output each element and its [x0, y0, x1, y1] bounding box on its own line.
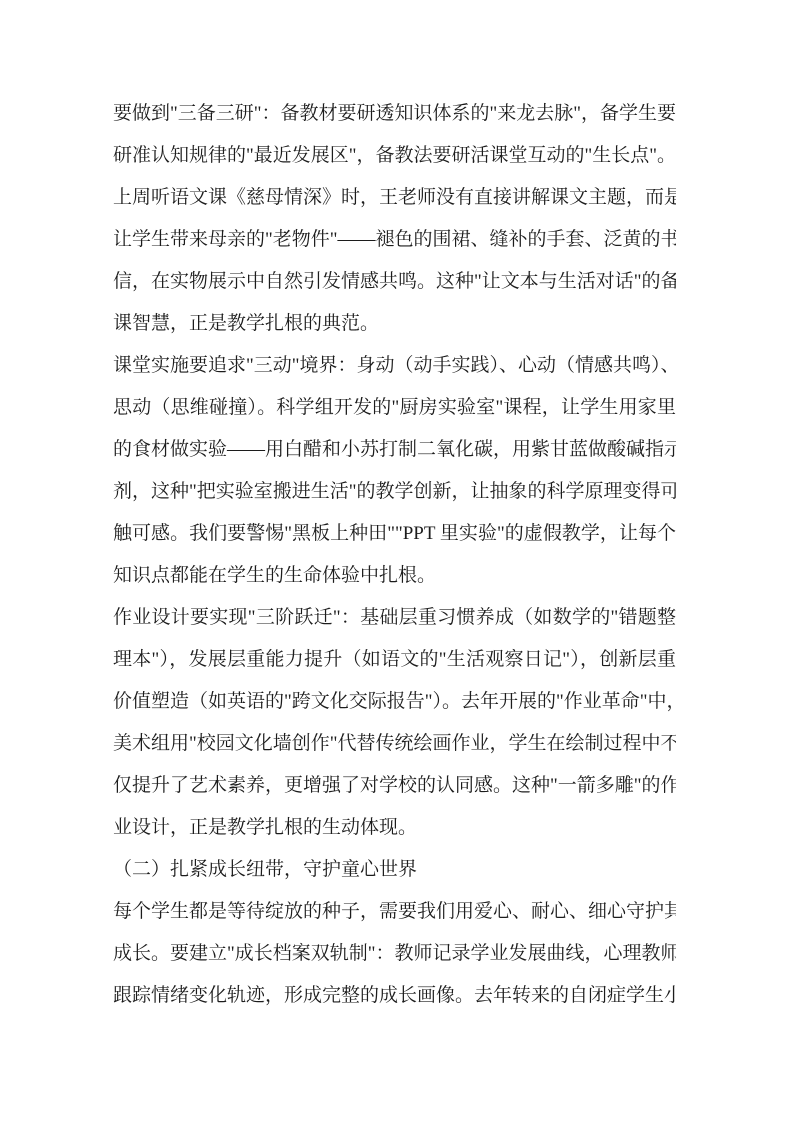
document-page: 要做到"三备三研"：备教材要研透知识体系的"来龙去脉"，备学生要 研准认知规律的…	[0, 0, 793, 1122]
text-line: 剂，这种"把实验室搬进生活"的教学创新，让抽象的科学原理变得可	[113, 471, 676, 513]
text-line: 作业设计要实现"三阶跃迁"：基础层重习惯养成（如数学的"错题整	[113, 597, 676, 639]
text-line: 信，在实物展示中自然引发情感共鸣。这种"让文本与生活对话"的备	[113, 261, 676, 303]
text-line: 思动（思维碰撞）。科学组开发的"厨房实验室"课程，让学生用家里	[113, 387, 676, 429]
text-line: 研准认知规律的"最近发展区"，备教法要研活课堂互动的"生长点"。	[113, 135, 676, 177]
text-line: 触可感。我们要警惕"黑板上种田""PPT 里实验"的虚假教学，让每个	[113, 513, 676, 555]
text-line: 知识点都能在学生的生命体验中扎根。	[113, 555, 676, 597]
text-line: 上周听语文课《慈母情深》时，王老师没有直接讲解课文主题，而是	[113, 177, 676, 219]
text-line: 每个学生都是等待绽放的种子，需要我们用爱心、耐心、细心守护其	[113, 891, 676, 933]
text-line: 课智慧，正是教学扎根的典范。	[113, 303, 676, 345]
text-line: 要做到"三备三研"：备教材要研透知识体系的"来龙去脉"，备学生要	[113, 93, 676, 135]
text-line: 的食材做实验——用白醋和小苏打制二氧化碳，用紫甘蓝做酸碱指示	[113, 429, 676, 471]
text-line: 理本"），发展层重能力提升（如语文的"生活观察日记"），创新层重	[113, 639, 676, 681]
text-line: 成长。要建立"成长档案双轨制"：教师记录学业发展曲线，心理教师	[113, 933, 676, 975]
text-line: 仅提升了艺术素养，更增强了对学校的认同感。这种"一箭多雕"的作	[113, 765, 676, 807]
text-line: 让学生带来母亲的"老物件"——褪色的围裙、缝补的手套、泛黄的书	[113, 219, 676, 261]
document-text-block: 要做到"三备三研"：备教材要研透知识体系的"来龙去脉"，备学生要 研准认知规律的…	[113, 93, 676, 1017]
section-heading: （二）扎紧成长纽带，守护童心世界	[113, 849, 676, 891]
text-line: 跟踪情绪变化轨迹，形成完整的成长画像。去年转来的自闭症学生小	[113, 975, 676, 1017]
text-line: 业设计，正是教学扎根的生动体现。	[113, 807, 676, 849]
text-line: 价值塑造（如英语的"跨文化交际报告"）。去年开展的"作业革命"中，	[113, 681, 676, 723]
text-line: 美术组用"校园文化墙创作"代替传统绘画作业，学生在绘制过程中不	[113, 723, 676, 765]
text-line: 课堂实施要追求"三动"境界：身动（动手实践）、心动（情感共鸣）、	[113, 345, 676, 387]
